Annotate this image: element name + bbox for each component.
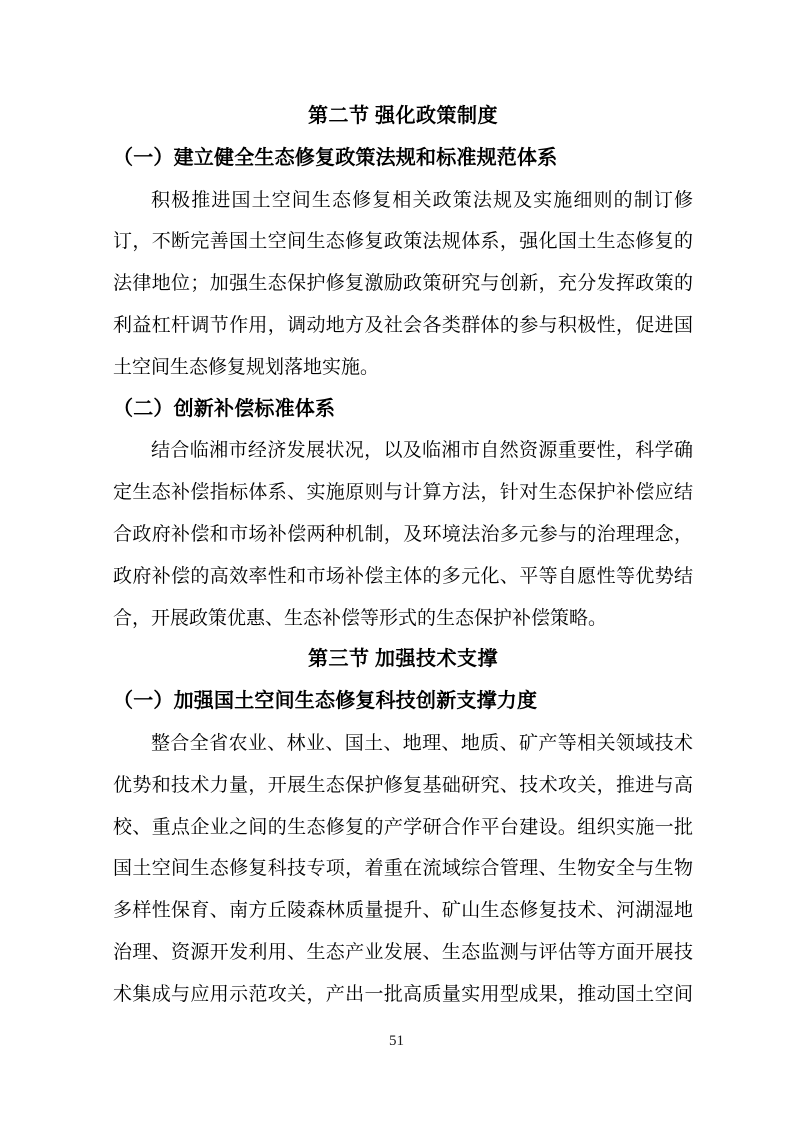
page-content: 第二节 强化政策制度 （一）建立健全生态修复政策法规和标准规范体系 积极推进国土…: [113, 96, 693, 1016]
paragraph-line: 政府补偿的高效率性和市场补偿主体的多元化、平等自愿性等优势结: [113, 556, 693, 598]
paragraph-line: 多样性保育、南方丘陵森林质量提升、矿山生态修复技术、河湖湿地: [113, 890, 693, 932]
paragraph-line: 校、重点企业之间的生态修复的产学研合作平台建设。组织实施一批: [113, 807, 693, 849]
paragraph-line: 国土空间生态修复科技专项，着重在流域综合管理、生物安全与生物: [113, 848, 693, 890]
paragraph-line: 土空间生态修复规划落地实施。: [113, 347, 693, 389]
paragraph-line: 定生态补偿指标体系、实施原则与计算方法，针对生态保护补偿应结: [113, 472, 693, 514]
paragraph-line: 合政府补偿和市场补偿两种机制，及环境法治多元参与的治理理念，: [113, 514, 693, 556]
paragraph-line: 积极推进国土空间生态修复相关政策法规及实施细则的制订修: [113, 180, 693, 222]
document-page: 第二节 强化政策制度 （一）建立健全生态修复政策法规和标准规范体系 积极推进国土…: [0, 0, 793, 1122]
paragraph-line: 术集成与应用示范攻关，产出一批高质量实用型成果，推动国土空间: [113, 974, 693, 1016]
paragraph-line: 利益杠杆调节作用，调动地方及社会各类群体的参与积极性，促进国: [113, 305, 693, 347]
section-2-heading-1: （一）建立健全生态修复政策法规和标准规范体系: [113, 138, 693, 180]
paragraph-line: 整合全省农业、林业、国土、地理、地质、矿产等相关领域技术: [113, 723, 693, 765]
page-number: 51: [0, 1033, 793, 1050]
paragraph-line: 订，不断完善国土空间生态修复政策法规体系，强化国土生态修复的: [113, 221, 693, 263]
section-2-heading-2: （二）创新补偿标准体系: [113, 389, 693, 431]
paragraph-line: 合，开展政策优惠、生态补偿等形式的生态保护补偿策略。: [113, 598, 693, 640]
paragraph-line: 优势和技术力量，开展生态保护修复基础研究、技术攻关，推进与高: [113, 765, 693, 807]
section-2-title: 第二节 强化政策制度: [113, 96, 693, 138]
section-3-heading-1: （一）加强国土空间生态修复科技创新支撑力度: [113, 681, 693, 723]
section-3-title: 第三节 加强技术支撑: [113, 639, 693, 681]
paragraph-line: 结合临湘市经济发展状况，以及临湘市自然资源重要性，科学确: [113, 430, 693, 472]
paragraph-line: 法律地位；加强生态保护修复激励政策研究与创新，充分发挥政策的: [113, 263, 693, 305]
paragraph-line: 治理、资源开发利用、生态产业发展、生态监测与评估等方面开展技: [113, 932, 693, 974]
